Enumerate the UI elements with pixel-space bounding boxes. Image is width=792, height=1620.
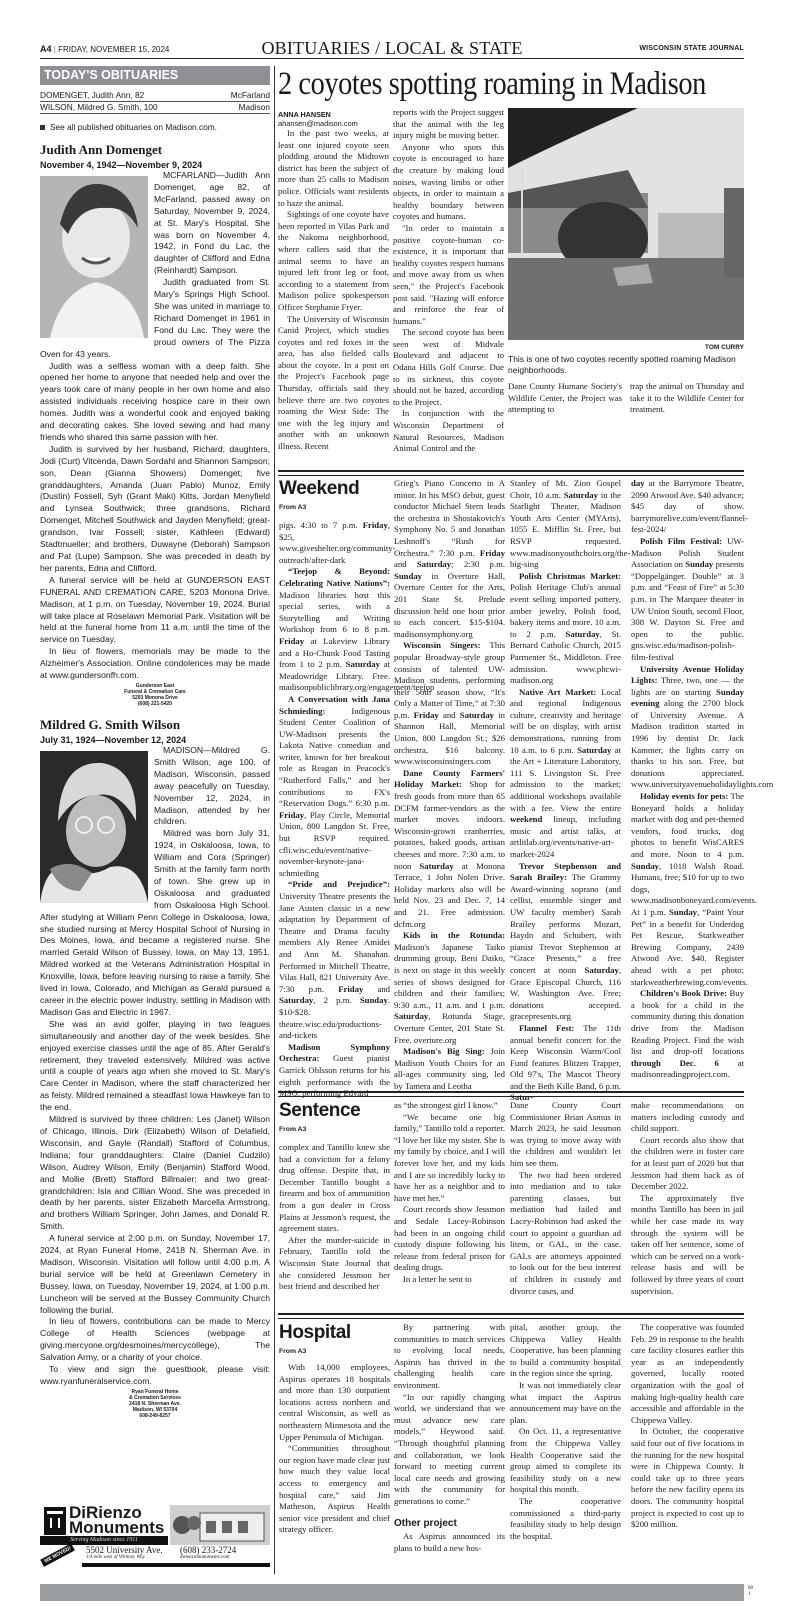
byline: ANNA HANSEN ahansen@madison.com: [278, 110, 388, 128]
sentence-column-2: as “the strongest girl I know.”“We becam…: [394, 1100, 505, 1286]
ad-address: 5502 University Ave.: [86, 1545, 163, 1555]
obit-name: Judith Ann Domenget: [40, 142, 270, 158]
jump-line: From A3: [279, 1126, 389, 1133]
obit-dates: July 31, 1924—November 12, 2024: [40, 735, 270, 745]
dirienzo-monuments-ad[interactable]: DiRienzo Monuments Serving Madison since…: [40, 1505, 270, 1570]
sentence-column-3: Dane County Court Commissioner Brian Asm…: [510, 1100, 621, 1297]
funeral-home-card-ryan: Ryan Funeral Home& Cremation Services241…: [40, 1389, 270, 1419]
weekend-column-3: Stanley of Mt. Zion Gospel Choir, 10 a.m…: [510, 478, 621, 1104]
coyote-column-3: Dane County Humane Society's Wildlife Ce…: [508, 381, 622, 416]
portrait-photo-mildred: [40, 751, 148, 903]
sentence-header: Sentence From A3: [279, 1100, 389, 1133]
jump-line: From A3: [279, 504, 389, 511]
see-all-obituaries-link[interactable]: See all published obituaries on Madison.…: [40, 122, 270, 132]
weekend-header: Weekend From A3: [279, 478, 389, 511]
column-divider: [274, 66, 275, 1574]
sentence-column-1: complex and Tantillo knew she had a conv…: [279, 1142, 390, 1293]
weekend-column-2: Grieg's Piano Concerto in A minor. In hi…: [394, 478, 505, 1092]
todays-obituaries-header: TODAY'S OBITUARIES: [40, 66, 270, 85]
coyote-column-1: In the past two weeks, at least one inju…: [278, 128, 389, 453]
section-rule: [278, 1091, 744, 1097]
section-heading: Weekend: [279, 478, 389, 500]
coyote-article: 2 coyotes spotting roaming in Madison: [278, 66, 744, 102]
column-pillar-icon: [44, 1507, 66, 1535]
hospital-column-1: With 14,000 employees, Aspirus operates …: [279, 1362, 390, 1536]
coyote-photo: [508, 108, 744, 340]
storefront-photo: [170, 1505, 270, 1545]
obit-body: MADISON—Mildred G. Smith Wilson, age 100…: [40, 745, 270, 1388]
hospital-column-3: pital, another group, the Chippewa Valle…: [510, 1322, 621, 1542]
sentence-column-4: make recommendations on matters includin…: [631, 1100, 744, 1297]
jump-line: From A3: [279, 1348, 389, 1355]
ad-website-link[interactable]: dirienzomonuments.com: [180, 1555, 230, 1560]
obituary-index-row[interactable]: DOMENGET, Judith Ann, 82McFarland: [40, 90, 270, 102]
ad-phone[interactable]: (608) 233-2724: [180, 1545, 236, 1555]
photo-caption: This is one of two coyotes recently spot…: [508, 354, 744, 376]
coyote-column-2: reports with the Project suggest that th…: [393, 107, 504, 455]
section-heading: Hospital: [279, 1322, 389, 1344]
coyote-column-4: trap the animal on Thursday and take it …: [630, 381, 744, 416]
section-heading: Sentence: [279, 1100, 389, 1122]
hospital-column-2: By partnering with communities to match …: [394, 1322, 505, 1554]
author-email[interactable]: ahansen@madison.com: [278, 119, 388, 128]
footer-bar: [40, 1584, 744, 1601]
weekend-column-1: pigs. 4:30 to 7 p.m. Friday, $25, www.gi…: [279, 520, 390, 1100]
section-rule: [278, 1313, 744, 1319]
author-name: ANNA HANSEN: [278, 110, 388, 119]
hospital-column-4: The cooperative was founded Feb. 29 in r…: [631, 1322, 744, 1531]
ad-directions: 1/4 mile west of Whitney Way: [86, 1555, 145, 1560]
portrait-photo-judith: [40, 176, 148, 338]
publication-name: WISCONSIN STATE JOURNAL: [639, 45, 744, 52]
masthead: A4 | FRIDAY, NOVEMBER 15, 2024 OBITUARIE…: [40, 38, 744, 59]
funeral-home-card-gunderson: Gunderson EastFuneral & Cremation Care52…: [40, 683, 270, 707]
bullet-square-icon: [40, 125, 45, 130]
obituaries-index: DOMENGET, Judith Ann, 82McFarland WILSON…: [40, 90, 270, 114]
obit-body: MCFARLAND—Judith Ann Domenget, age 82, o…: [40, 170, 270, 682]
section-rule: [278, 470, 744, 476]
obit-dates: November 4, 1942—November 9, 2024: [40, 160, 270, 170]
hospital-header: Hospital From A3: [279, 1322, 389, 1355]
ad-bottom-rule: [82, 1563, 270, 1567]
obituaries-column: TODAY'S OBITUARIES DOMENGET, Judith Ann,…: [40, 66, 270, 1425]
ad-brand-line2: Monuments: [69, 1518, 164, 1538]
obituary-index-row[interactable]: WILSON, Mildred G. Smith, 100Madison: [40, 102, 270, 114]
we-moved-badge: WE MOVED!: [40, 1543, 75, 1567]
subhead-other-project: Other project: [394, 1518, 505, 1530]
photo-credit: TOM CURRY: [508, 344, 744, 351]
obit-name: Mildred G. Smith Wilson: [40, 717, 270, 733]
plate-number: 001: [748, 1586, 753, 1598]
article-headline: 2 coyotes spotting roaming in Madison: [278, 66, 679, 102]
ad-tagline: Serving Madison since 1911: [40, 1536, 168, 1545]
weekend-column-4: day at the Barrymore Theatre, 2090 Atwoo…: [631, 478, 744, 1081]
